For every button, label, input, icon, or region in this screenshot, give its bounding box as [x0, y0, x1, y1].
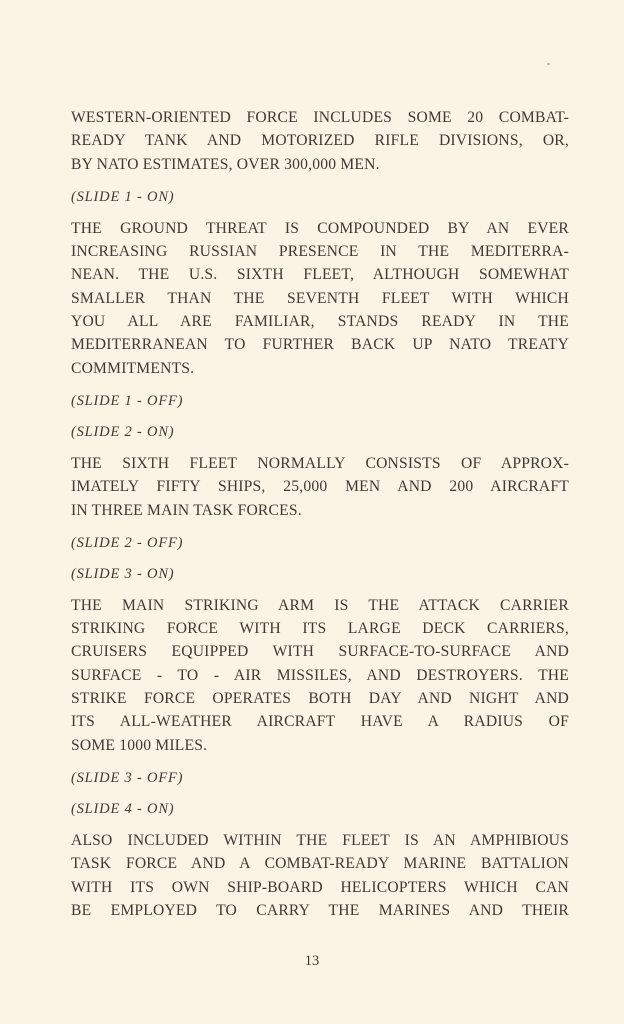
slide-cue: (SLIDE 1 - OFF): [71, 390, 569, 412]
body-paragraph: THE MAIN STRIKING ARM IS THE ATTACK CARR…: [71, 594, 569, 757]
text-line: WITH ITS OWN SHIP-BOARD HELICOPTERS WHIC…: [71, 876, 569, 899]
text-line: BE EMPLOYED TO CARRY THE MARINES AND THE…: [71, 899, 569, 922]
text-line: INCREASING RUSSIAN PRESENCE IN THE MEDIT…: [71, 240, 569, 263]
text-line: THE MAIN STRIKING ARM IS THE ATTACK CARR…: [71, 594, 569, 617]
slide-cue: (SLIDE 4 - ON): [71, 798, 569, 820]
slide-cue: (SLIDE 3 - OFF): [71, 767, 569, 789]
body-paragraph: WESTERN-ORIENTED FORCE INCLUDES SOME 20 …: [71, 106, 569, 176]
document-page: WESTERN-ORIENTED FORCE INCLUDES SOME 20 …: [71, 106, 569, 932]
text-line: NEAN. THE U.S. SIXTH FLEET, ALTHOUGH SOM…: [71, 263, 569, 286]
text-line: SOME 1000 MILES.: [71, 734, 569, 757]
text-line: IMATELY FIFTY SHIPS, 25,000 MEN AND 200 …: [71, 475, 569, 498]
slide-cue: (SLIDE 3 - ON): [71, 563, 569, 585]
slide-cue: (SLIDE 2 - OFF): [71, 532, 569, 554]
paper-speck: [547, 63, 550, 65]
text-line: STRIKING FORCE WITH ITS LARGE DECK CARRI…: [71, 617, 569, 640]
body-paragraph: THE GROUND THREAT IS COMPOUNDED BY AN EV…: [71, 217, 569, 380]
text-line: READY TANK AND MOTORIZED RIFLE DIVISIONS…: [71, 129, 569, 152]
text-line: IN THREE MAIN TASK FORCES.: [71, 499, 569, 522]
text-line: YOU ALL ARE FAMILIAR, STANDS READY IN TH…: [71, 310, 569, 333]
text-line: ALSO INCLUDED WITHIN THE FLEET IS AN AMP…: [71, 829, 569, 852]
text-line: MEDITERRANEAN TO FURTHER BACK UP NATO TR…: [71, 333, 569, 356]
page-number: 13: [0, 953, 624, 970]
text-line: SMALLER THAN THE SEVENTH FLEET WITH WHIC…: [71, 287, 569, 310]
slide-cue: (SLIDE 2 - ON): [71, 421, 569, 443]
text-line: COMMITMENTS.: [71, 357, 569, 380]
text-line: THE SIXTH FLEET NORMALLY CONSISTS OF APP…: [71, 452, 569, 475]
text-line: THE GROUND THREAT IS COMPOUNDED BY AN EV…: [71, 217, 569, 240]
text-line: CRUISERS EQUIPPED WITH SURFACE-TO-SURFAC…: [71, 640, 569, 663]
body-paragraph: THE SIXTH FLEET NORMALLY CONSISTS OF APP…: [71, 452, 569, 522]
text-line: WESTERN-ORIENTED FORCE INCLUDES SOME 20 …: [71, 106, 569, 129]
text-line: STRIKE FORCE OPERATES BOTH DAY AND NIGHT…: [71, 687, 569, 710]
body-paragraph: ALSO INCLUDED WITHIN THE FLEET IS AN AMP…: [71, 829, 569, 922]
text-line: BY NATO ESTIMATES, OVER 300,000 MEN.: [71, 153, 569, 176]
text-line: TASK FORCE AND A COMBAT-READY MARINE BAT…: [71, 852, 569, 875]
slide-cue: (SLIDE 1 - ON): [71, 186, 569, 208]
text-line: ITS ALL-WEATHER AIRCRAFT HAVE A RADIUS O…: [71, 710, 569, 733]
text-line: SURFACE - TO - AIR MISSILES, AND DESTROY…: [71, 664, 569, 687]
